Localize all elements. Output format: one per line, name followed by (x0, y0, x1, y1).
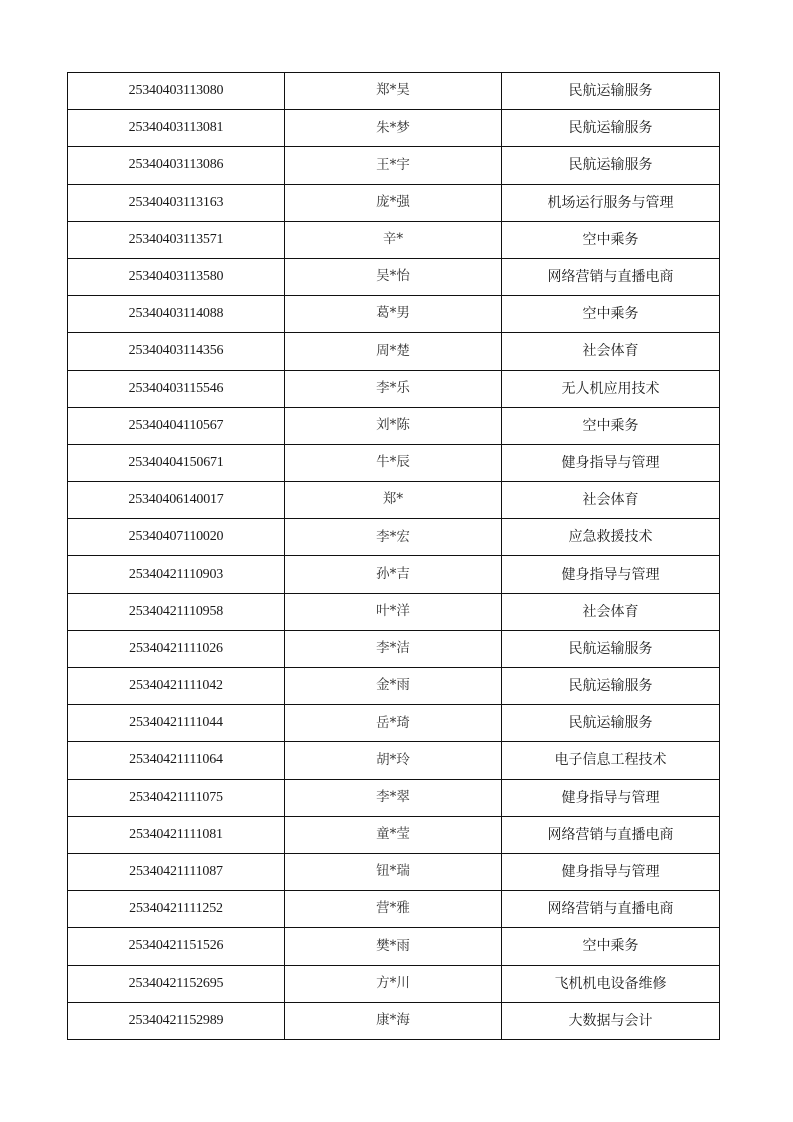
student-id-cell: 25340421111087 (68, 853, 285, 890)
major-cell: 民航运输服务 (502, 630, 720, 667)
student-id-cell: 25340403113080 (68, 73, 285, 110)
student-name-cell: 李*洁 (285, 630, 502, 667)
student-name-cell: 郑* (285, 482, 502, 519)
student-name-cell: 朱*梦 (285, 110, 502, 147)
student-name-cell: 庞*强 (285, 184, 502, 221)
table-row: 25340403114356周*楚社会体育 (68, 333, 720, 370)
table-row: 25340403113080郑*昊民航运输服务 (68, 73, 720, 110)
student-id-cell: 25340403115546 (68, 370, 285, 407)
student-name-cell: 吴*怡 (285, 258, 502, 295)
student-name-cell: 李*翠 (285, 779, 502, 816)
table-row: 25340403115546李*乐无人机应用技术 (68, 370, 720, 407)
major-cell: 应急救援技术 (502, 519, 720, 556)
student-id-cell: 25340421152695 (68, 965, 285, 1002)
student-id-cell: 25340406140017 (68, 482, 285, 519)
student-name-cell: 康*海 (285, 1002, 502, 1039)
student-name-cell: 郑*昊 (285, 73, 502, 110)
table-row: 25340421110903孙*吉健身指导与管理 (68, 556, 720, 593)
student-name-cell: 牛*辰 (285, 444, 502, 481)
table-row: 25340421152695方*川飞机机电设备维修 (68, 965, 720, 1002)
student-name-cell: 辛* (285, 221, 502, 258)
student-id-cell: 25340421110903 (68, 556, 285, 593)
student-name-cell: 李*乐 (285, 370, 502, 407)
student-id-cell: 25340404150671 (68, 444, 285, 481)
table-row: 25340421111042金*雨民航运输服务 (68, 668, 720, 705)
student-id-cell: 25340421110958 (68, 593, 285, 630)
student-id-cell: 25340421111044 (68, 705, 285, 742)
table-row: 25340421111087钮*瑞健身指导与管理 (68, 853, 720, 890)
student-roster-table: 25340403113080郑*昊民航运输服务 25340403113081朱*… (67, 72, 720, 1040)
student-name-cell: 周*楚 (285, 333, 502, 370)
table-row: 25340403114088葛*男空中乘务 (68, 296, 720, 333)
student-name-cell: 叶*洋 (285, 593, 502, 630)
table-row: 25340421111081童*莹网络营销与直播电商 (68, 816, 720, 853)
major-cell: 网络营销与直播电商 (502, 258, 720, 295)
student-name-cell: 李*宏 (285, 519, 502, 556)
major-cell: 飞机机电设备维修 (502, 965, 720, 1002)
student-id-cell: 25340403114088 (68, 296, 285, 333)
student-id-cell: 25340403113571 (68, 221, 285, 258)
student-id-cell: 25340403114356 (68, 333, 285, 370)
major-cell: 健身指导与管理 (502, 556, 720, 593)
major-cell: 网络营销与直播电商 (502, 891, 720, 928)
table-row: 25340407110020李*宏应急救援技术 (68, 519, 720, 556)
student-id-cell: 25340407110020 (68, 519, 285, 556)
table-row: 25340421110958叶*洋社会体育 (68, 593, 720, 630)
major-cell: 空中乘务 (502, 296, 720, 333)
student-id-cell: 25340421111042 (68, 668, 285, 705)
major-cell: 空中乘务 (502, 928, 720, 965)
student-id-cell: 25340403113081 (68, 110, 285, 147)
major-cell: 民航运输服务 (502, 705, 720, 742)
major-cell: 大数据与会计 (502, 1002, 720, 1039)
table-row: 25340403113163庞*强机场运行服务与管理 (68, 184, 720, 221)
table-row: 25340403113580吴*怡网络营销与直播电商 (68, 258, 720, 295)
table-row: 25340421111026李*洁民航运输服务 (68, 630, 720, 667)
student-name-cell: 金*雨 (285, 668, 502, 705)
major-cell: 空中乘务 (502, 407, 720, 444)
major-cell: 民航运输服务 (502, 110, 720, 147)
student-name-cell: 葛*男 (285, 296, 502, 333)
student-id-cell: 25340404110567 (68, 407, 285, 444)
table-row: 25340421111064胡*玲电子信息工程技术 (68, 742, 720, 779)
table-row: 25340404110567刘*陈空中乘务 (68, 407, 720, 444)
student-id-cell: 25340403113086 (68, 147, 285, 184)
table-row: 25340403113571辛*空中乘务 (68, 221, 720, 258)
student-name-cell: 胡*玲 (285, 742, 502, 779)
major-cell: 社会体育 (502, 593, 720, 630)
student-name-cell: 岳*琦 (285, 705, 502, 742)
major-cell: 健身指导与管理 (502, 853, 720, 890)
roster-table-body: 25340403113080郑*昊民航运输服务 25340403113081朱*… (68, 73, 720, 1040)
student-id-cell: 25340421152989 (68, 1002, 285, 1039)
student-name-cell: 营*雅 (285, 891, 502, 928)
major-cell: 健身指导与管理 (502, 444, 720, 481)
major-cell: 空中乘务 (502, 221, 720, 258)
student-id-cell: 25340421111252 (68, 891, 285, 928)
student-name-cell: 刘*陈 (285, 407, 502, 444)
document-page: 25340403113080郑*昊民航运输服务 25340403113081朱*… (0, 0, 793, 1122)
major-cell: 电子信息工程技术 (502, 742, 720, 779)
table-row: 25340403113086王*宇民航运输服务 (68, 147, 720, 184)
table-row: 25340421111075李*翠健身指导与管理 (68, 779, 720, 816)
major-cell: 社会体育 (502, 482, 720, 519)
student-name-cell: 钮*瑞 (285, 853, 502, 890)
major-cell: 机场运行服务与管理 (502, 184, 720, 221)
major-cell: 无人机应用技术 (502, 370, 720, 407)
major-cell: 民航运输服务 (502, 147, 720, 184)
table-row: 25340421151526樊*雨空中乘务 (68, 928, 720, 965)
student-id-cell: 25340421111081 (68, 816, 285, 853)
student-name-cell: 方*川 (285, 965, 502, 1002)
student-id-cell: 25340421111075 (68, 779, 285, 816)
student-id-cell: 25340403113163 (68, 184, 285, 221)
major-cell: 民航运输服务 (502, 668, 720, 705)
table-row: 25340421111252营*雅网络营销与直播电商 (68, 891, 720, 928)
table-row: 25340404150671牛*辰健身指导与管理 (68, 444, 720, 481)
major-cell: 民航运输服务 (502, 73, 720, 110)
student-name-cell: 王*宇 (285, 147, 502, 184)
table-row: 25340406140017郑*社会体育 (68, 482, 720, 519)
student-id-cell: 25340421151526 (68, 928, 285, 965)
student-name-cell: 孙*吉 (285, 556, 502, 593)
student-name-cell: 童*莹 (285, 816, 502, 853)
student-id-cell: 25340421111064 (68, 742, 285, 779)
major-cell: 网络营销与直播电商 (502, 816, 720, 853)
table-row: 25340403113081朱*梦民航运输服务 (68, 110, 720, 147)
major-cell: 社会体育 (502, 333, 720, 370)
table-row: 25340421152989康*海大数据与会计 (68, 1002, 720, 1039)
student-name-cell: 樊*雨 (285, 928, 502, 965)
table-row: 25340421111044岳*琦民航运输服务 (68, 705, 720, 742)
student-id-cell: 25340421111026 (68, 630, 285, 667)
major-cell: 健身指导与管理 (502, 779, 720, 816)
student-id-cell: 25340403113580 (68, 258, 285, 295)
